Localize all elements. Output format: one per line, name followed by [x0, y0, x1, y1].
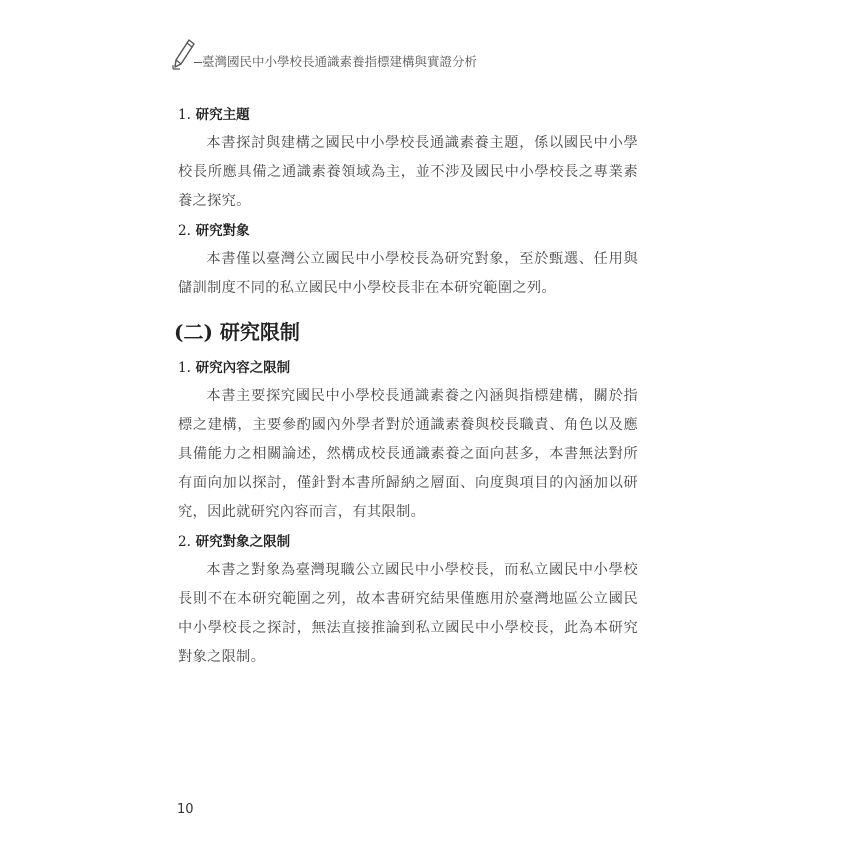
running-header: 臺灣國民中小學校長通識素養指標建構與實證分析: [172, 36, 477, 72]
header-rule: [194, 62, 202, 63]
paragraph-research-topic: 本書探討與建構之國民中小學校長通識素養主題，係以國民中小學校長所應具備之通識素養…: [178, 129, 638, 216]
paragraph-content-limitation: 本書主要探究國民中小學校長通識素養之內涵與指標建構，關於指標之建構，主要參酌國內…: [178, 382, 638, 527]
paragraph-research-subject: 本書僅以臺灣公立國民中小學校長為研究對象，至於甄選、任用與儲訓制度不同的私立國民…: [178, 245, 638, 303]
page-number: 10: [177, 802, 194, 817]
page-content: 1. 研究主題 本書探討與建構之國民中小學校長通識素養主題，係以國民中小學校長所…: [178, 104, 638, 672]
pencil-icon: [172, 38, 196, 72]
heading-research-topic: 1. 研究主題: [178, 104, 638, 126]
heading-research-limitations: (二) 研究限制: [174, 317, 638, 347]
heading-subject-limitation: 2. 研究對象之限制: [178, 531, 638, 553]
book-title: 臺灣國民中小學校長通識素養指標建構與實證分析: [202, 52, 477, 70]
paragraph-subject-limitation: 本書之對象為臺灣現職公立國民中小學校長，而私立國民中小學校長則不在本研究範圍之列…: [178, 556, 638, 672]
heading-content-limitation: 1. 研究內容之限制: [178, 357, 638, 379]
heading-research-subject: 2. 研究對象: [178, 220, 638, 242]
